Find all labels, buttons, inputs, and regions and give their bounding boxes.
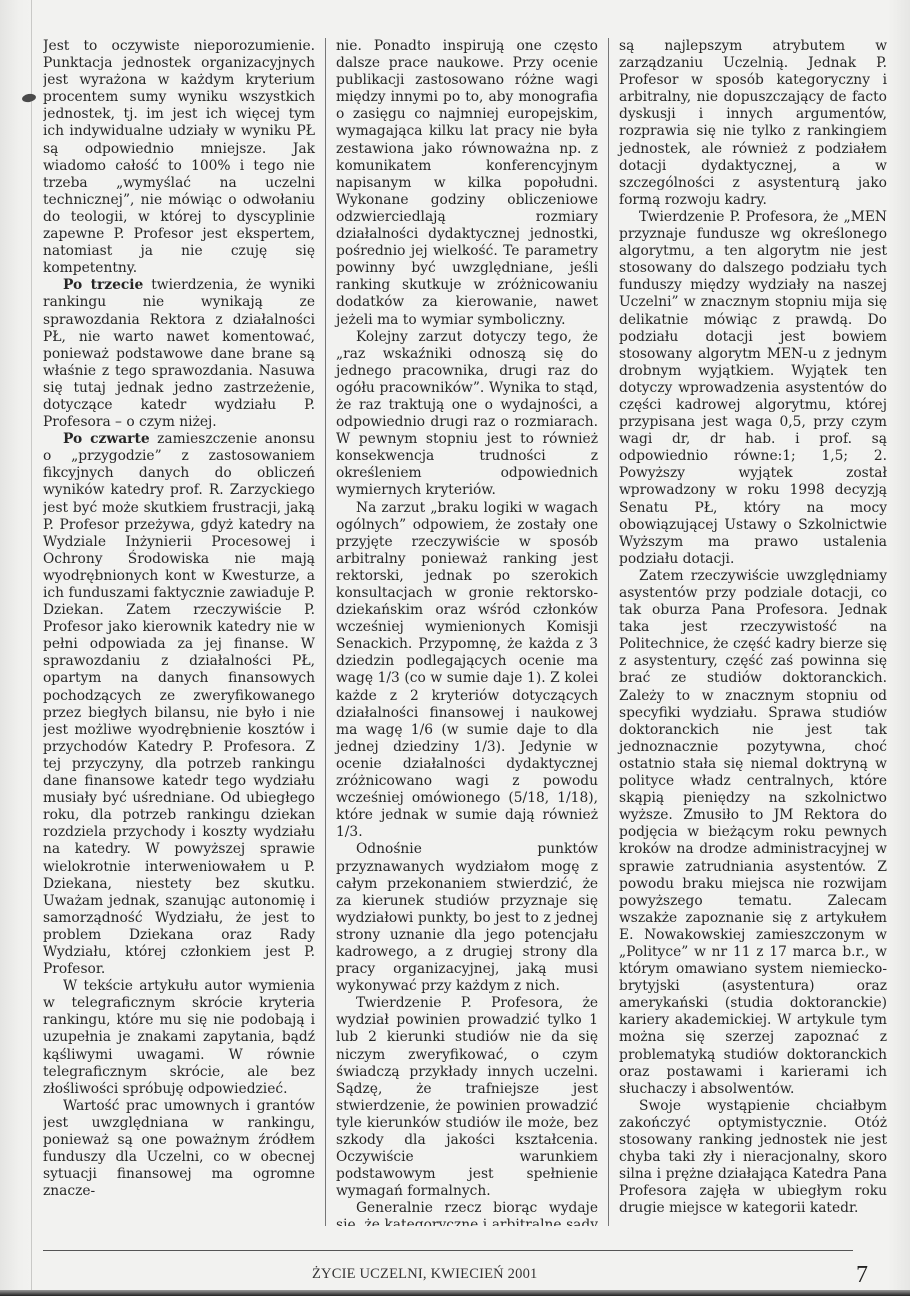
paragraph-text: zamieszczenie anonsu o „przygodzie” z za… — [43, 431, 315, 977]
paragraph-text: Jest to oczywiste nieporozumienie. Punkt… — [43, 38, 315, 276]
paragraph-bold-lead: Po trzecie — [63, 277, 143, 293]
article-paragraph: Swoje wystąpienie chciałbym zakończyć op… — [619, 1098, 887, 1218]
paragraph-text: Wartość prac umownych i grantów jest uwz… — [43, 1098, 315, 1199]
paragraph-text: Generalnie rzecz biorąc wydaje się, że k… — [336, 1200, 598, 1226]
paragraph-text: W tekście artykułu autor wymienia w tele… — [43, 978, 315, 1097]
article-paragraph: Zatem rzeczywiście uwzględniamy asystent… — [619, 568, 887, 1098]
paragraph-text: Twierdzenie P. Profesora, że „MEN przyzn… — [619, 209, 887, 567]
paragraph-text: Kolejny zarzut dotyczy tego, że „raz wsk… — [336, 329, 598, 499]
article-paragraph: Po czwarte zamieszczenie anonsu o „przyg… — [43, 431, 315, 978]
article-paragraph: Kolejny zarzut dotyczy tego, że „raz wsk… — [336, 329, 598, 500]
paragraph-text: Twierdzenie P. Profesora, że wydział pow… — [336, 995, 598, 1199]
footer-publication-title: ŻYCIE UCZELNI, KWIECIEŃ 2001 — [312, 1266, 537, 1283]
article-paragraph: nie. Ponadto inspirują one często dalsze… — [336, 38, 598, 329]
article-paragraph: Twierdzenie P. Profesora, że „MEN przyzn… — [619, 209, 887, 568]
paragraph-text: twierdzenia, że wyniki rankingu nie wyni… — [43, 277, 315, 430]
article-column-2: nie. Ponadto inspirują one często dalsze… — [325, 38, 608, 1226]
paragraph-text: Na zarzut „braku logiki w wagach ogólnyc… — [336, 500, 598, 841]
paragraph-text: nie. Ponadto inspirują one często dalsze… — [336, 38, 598, 328]
article-column-1: Jest to oczywiste nieporozumienie. Punkt… — [43, 38, 325, 1226]
article-paragraph: Odnośnie punktów przyznawanych wydziałom… — [336, 841, 598, 995]
paragraph-bold-lead: Po czwarte — [63, 431, 150, 447]
article-paragraph: Na zarzut „braku logiki w wagach ogólnyc… — [336, 500, 598, 842]
page-binding-edge — [0, 0, 32, 1296]
scan-bottom-shadow — [0, 1290, 910, 1296]
article-paragraph: W tekście artykułu autor wymienia w tele… — [43, 978, 315, 1098]
paragraph-text: Swoje wystąpienie chciałbym zakończyć op… — [619, 1098, 887, 1217]
staple-mark — [21, 93, 36, 103]
article-paragraph: Wartość prac umownych i grantów jest uwz… — [43, 1098, 315, 1201]
article-paragraph: Po trzecie twierdzenia, że wyniki rankin… — [43, 277, 315, 431]
paragraph-text: Zatem rzeczywiście uwzględniamy asystent… — [619, 568, 887, 1097]
article-paragraph: Jest to oczywiste nieporozumienie. Punkt… — [43, 38, 315, 277]
article-paragraph: Twierdzenie P. Profesora, że wydział pow… — [336, 995, 598, 1200]
article-paragraph: Generalnie rzecz biorąc wydaje się, że k… — [336, 1200, 598, 1226]
page-number: 7 — [856, 1262, 868, 1289]
article-paragraph: są najlepszym atrybutem w zarządzaniu Uc… — [619, 38, 887, 209]
article-column-3: są najlepszym atrybutem w zarządzaniu Uc… — [608, 38, 887, 1226]
article-body: Jest to oczywiste nieporozumienie. Punkt… — [43, 38, 893, 1226]
footer-rule — [43, 1250, 853, 1251]
paragraph-text: Odnośnie punktów przyznawanych wydziałom… — [336, 841, 598, 994]
binding-fold-line — [31, 0, 32, 1296]
paragraph-text: są najlepszym atrybutem w zarządzaniu Uc… — [619, 38, 887, 208]
